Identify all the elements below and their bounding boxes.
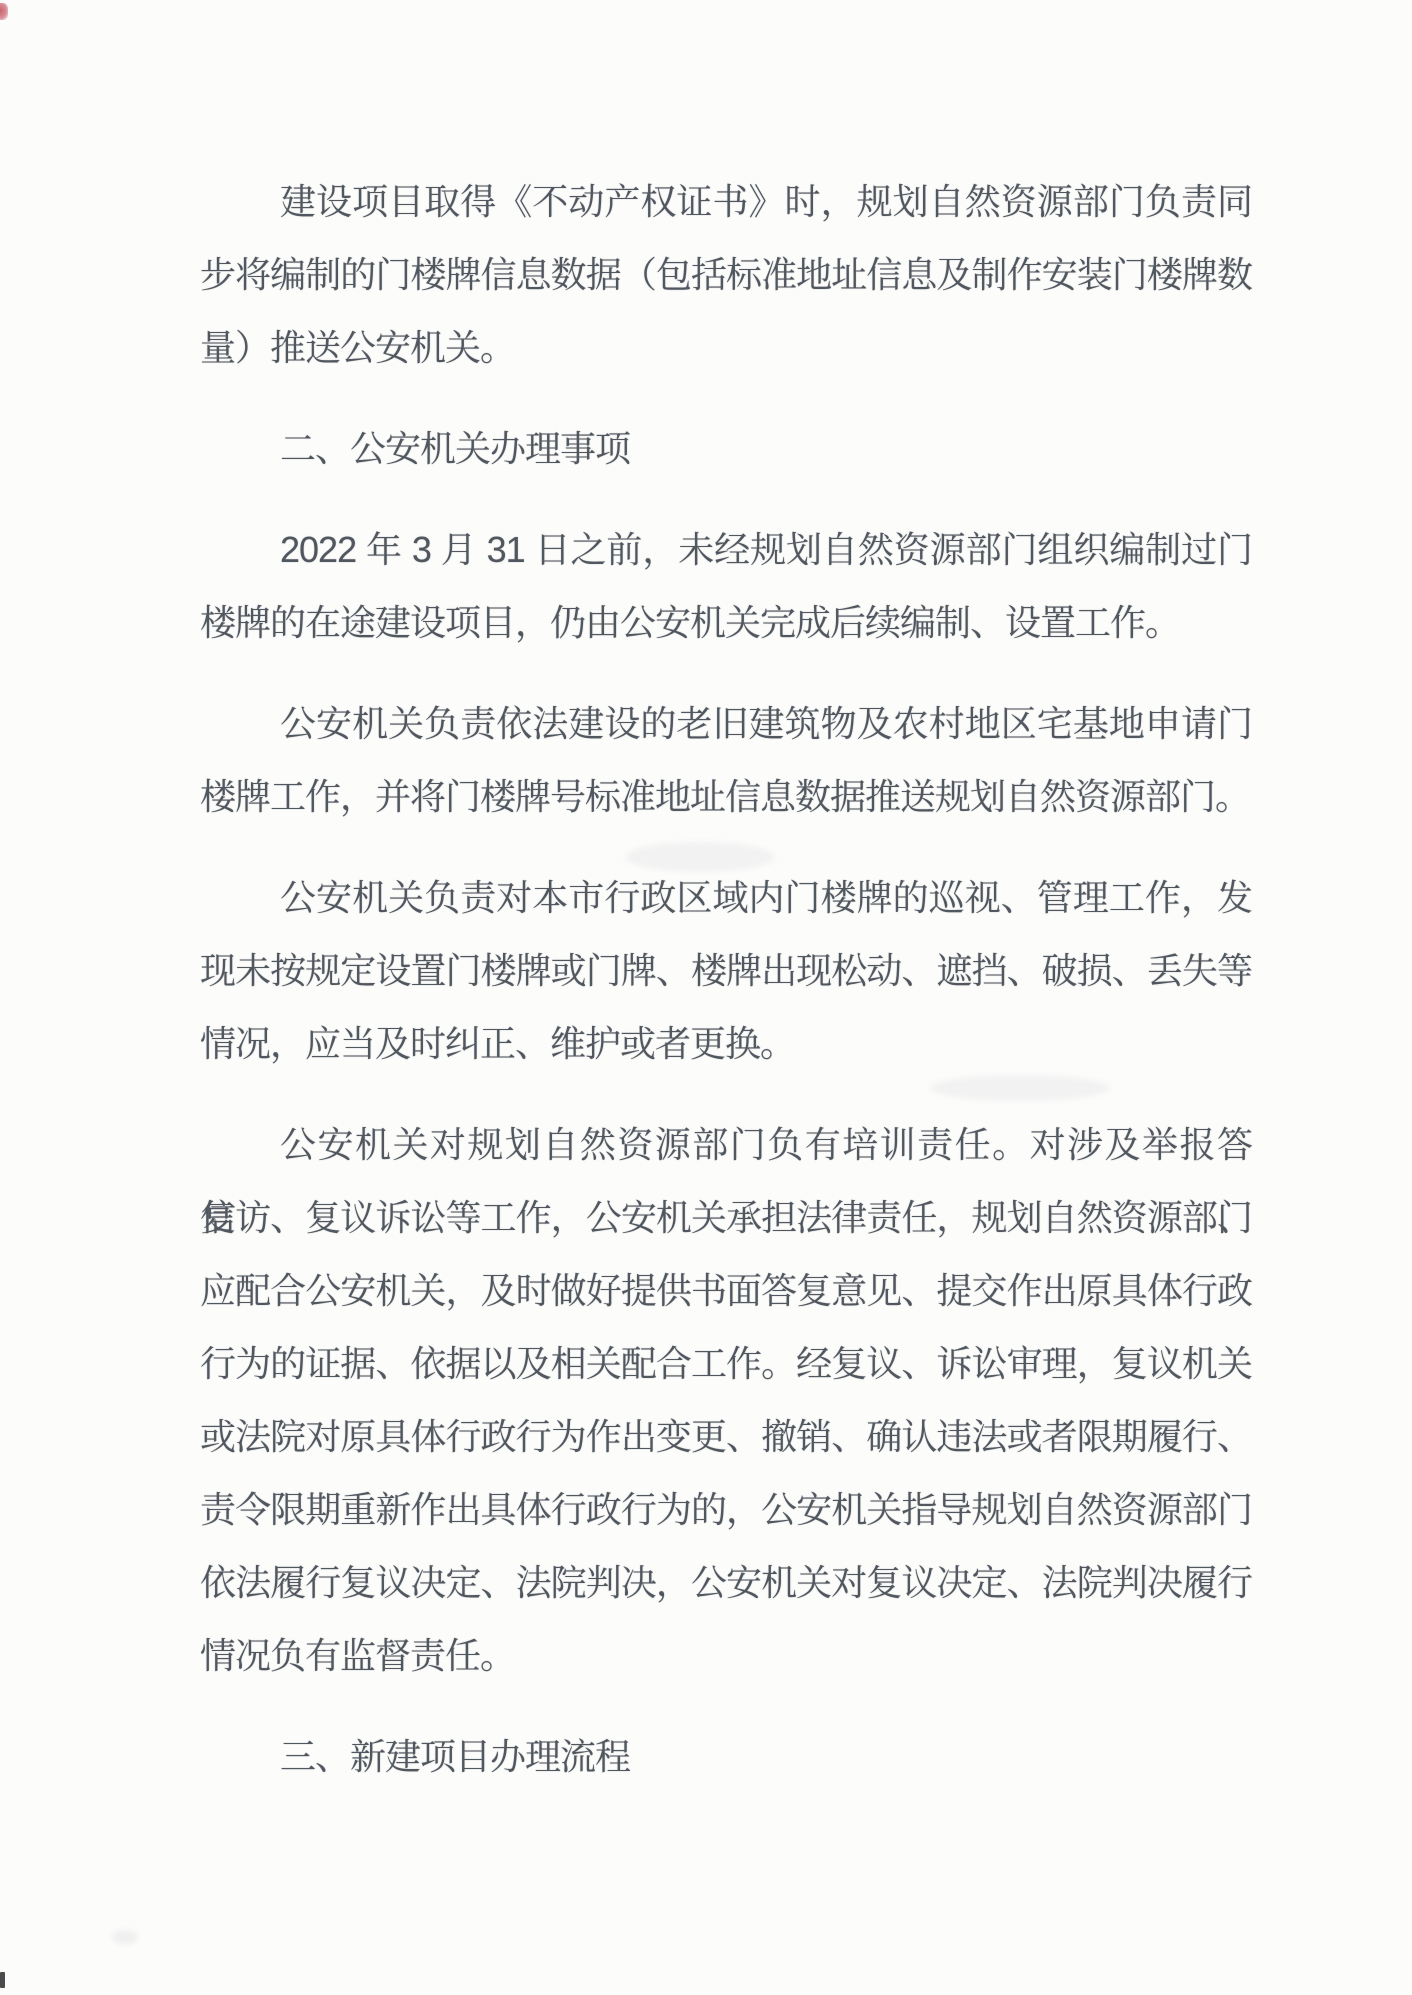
section-heading: 三、新建项目办理流程 bbox=[200, 1720, 1252, 1793]
document-line: 依法履行复议决定、法院判决，公安机关对复议决定、法院判决履行 bbox=[200, 1546, 1252, 1619]
document-line: 情况负有监督责任。 bbox=[200, 1619, 1252, 1692]
scanned-document-page: 建设项目取得《不动产权证书》时，规划自然资源部门负责同步将编制的门楼牌信息数据（… bbox=[0, 0, 1412, 1995]
document-line: 二、公安机关办理事项 bbox=[200, 412, 1252, 485]
document-line: 现未按规定设置门楼牌或门牌、楼牌出现松动、遮挡、破损、丢失等 bbox=[200, 934, 1252, 1007]
document-line: 楼牌工作，并将门楼牌号标准地址信息数据推送规划自然资源部门。 bbox=[200, 760, 1252, 833]
document-line: 行为的证据、依据以及相关配合工作。经复议、诉讼审理，复议机关 bbox=[200, 1327, 1252, 1400]
paragraph-inspection: 公安机关负责对本市行政区域内门楼牌的巡视、管理工作，发现未按规定设置门楼牌或门牌… bbox=[200, 861, 1252, 1080]
red-pen-mark bbox=[0, 3, 8, 20]
paragraph-certificate-push: 建设项目取得《不动产权证书》时，规划自然资源部门负责同步将编制的门楼牌信息数据（… bbox=[200, 165, 1252, 384]
paragraph-training-legal: 公安机关对规划自然资源部门负有培训责任。对涉及举报答复、信访、复议诉讼等工作，公… bbox=[200, 1108, 1252, 1692]
scan-smudge bbox=[112, 1930, 138, 1944]
paragraph-old-buildings: 公安机关负责依法建设的老旧建筑物及农村地区宅基地申请门楼牌工作，并将门楼牌号标准… bbox=[200, 687, 1252, 833]
document-content: 建设项目取得《不动产权证书》时，规划自然资源部门负责同步将编制的门楼牌信息数据（… bbox=[200, 165, 1252, 1821]
paragraph-transition-projects: 2022 年 3 月 31 日之前，未经规划自然资源部门组织编制过门楼牌的在途建… bbox=[200, 513, 1252, 659]
document-line: 责令限期重新作出具体行政行为的，公安机关指导规划自然资源部门 bbox=[200, 1473, 1252, 1546]
scan-edge-mark bbox=[0, 1972, 5, 1988]
document-line: 楼牌的在途建设项目，仍由公安机关完成后续编制、设置工作。 bbox=[200, 586, 1252, 659]
section-heading: 二、公安机关办理事项 bbox=[200, 412, 1252, 485]
document-line: 量）推送公安机关。 bbox=[200, 311, 1252, 384]
document-line: 公安机关负责对本市行政区域内门楼牌的巡视、管理工作，发 bbox=[200, 861, 1252, 934]
document-line: 情况，应当及时纠正、维护或者更换。 bbox=[200, 1007, 1252, 1080]
document-line: 公安机关对规划自然资源部门负有培训责任。对涉及举报答复、 bbox=[200, 1108, 1252, 1181]
document-line: 公安机关负责依法建设的老旧建筑物及农村地区宅基地申请门 bbox=[200, 687, 1252, 760]
document-line: 或法院对原具体行政行为作出变更、撤销、确认违法或者限期履行、 bbox=[200, 1400, 1252, 1473]
document-line: 建设项目取得《不动产权证书》时，规划自然资源部门负责同 bbox=[200, 165, 1252, 238]
document-line: 信访、复议诉讼等工作，公安机关承担法律责任，规划自然资源部门 bbox=[200, 1181, 1252, 1254]
document-line: 步将编制的门楼牌信息数据（包括标准地址信息及制作安装门楼牌数 bbox=[200, 238, 1252, 311]
document-line: 2022 年 3 月 31 日之前，未经规划自然资源部门组织编制过门 bbox=[200, 513, 1252, 586]
document-line: 三、新建项目办理流程 bbox=[200, 1720, 1252, 1793]
document-line: 应配合公安机关，及时做好提供书面答复意见、提交作出原具体行政 bbox=[200, 1254, 1252, 1327]
